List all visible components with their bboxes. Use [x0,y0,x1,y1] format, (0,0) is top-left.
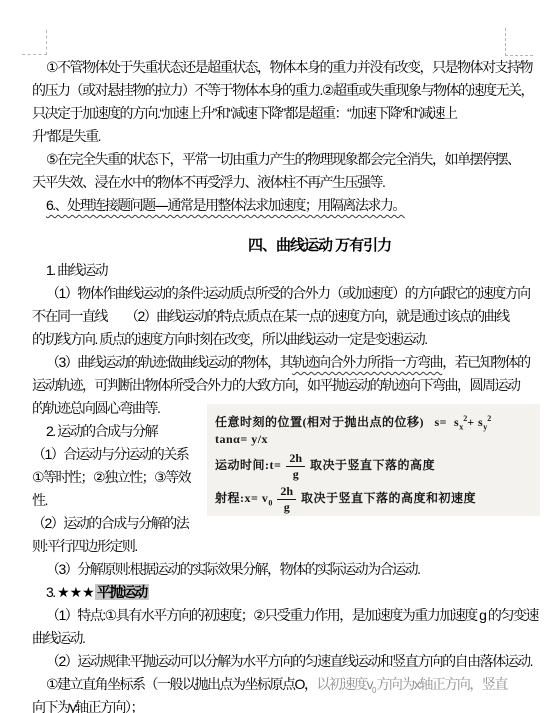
formula-eq: tanα= y/x [215,432,268,446]
doc-line: 运动轨迹，可判断出物体所受合外力的大致方向，如平抛运动的轨迹向下弯曲，圆周运动 [32,374,537,397]
doc-line: 天平失效、浸在水中的物体不再受浮力、液体柱不再产生压强等. [32,171,537,194]
wavy-underline-text: 6.、处理连接题问题----通常是用整体法求加速度；用隔离法求力。 [46,197,405,213]
section-heading: 四、曲线运动 万有引力 [32,233,537,259]
formula-row-tan: tanα= y/x [215,429,540,449]
paragraph-spacer [32,217,537,233]
list-number: 3. [46,584,57,600]
formula-image: 任意时刻的位置(相对于抛出点的位移) s= sx2+ sy2 tanα= y/x… [207,404,540,516]
formula-row-position: 任意时刻的位置(相对于抛出点的位移) s= sx2+ sy2 [215,409,540,429]
doc-line: 不在同一直线 （2）曲线运动的特点:质点在某一点的速度方向，就是通过该点的曲线 [32,305,537,328]
formula-note: 取决于竖直下落的高度 [310,458,435,472]
document-body: ①不管物体处于失重状态还是超重状态，物体本身的重力并没有改变，只是物体对支持物 … [32,56,537,713]
doc-line: 的切线方向. 质点的速度方向时刻在改变，所以曲线运动一定是变速运动. [32,328,537,351]
doc-line: 则:平行四边形定则. [32,535,537,558]
doc-line: 向下为y轴正方向）； [32,696,537,713]
line-segment: ①建立直角坐标系（一般以抛出点为坐标原点O， [46,676,316,692]
faded-segment: 以初速度v0方向为x轴正方向，竖直 [316,676,506,692]
formula-row-range: 射程:x= v02hg取决于竖直下落的高度和初速度 [215,482,540,515]
star-icons: ★★★ [57,584,95,600]
doc-line-underlined: 6.、处理连接题问题----通常是用整体法求加速度；用隔离法求力。 [32,194,537,217]
doc-line: （1）物体作曲线运动的条件:运动质点所受的合外力（或加速度）的方向跟它的速度方向 [32,282,537,305]
doc-line: 升”都是失重. [32,125,537,148]
doc-line: 的压力（或对悬挂物的拉力）不等于物体本身的重力.②超重或失重现象与物体的速度无关… [32,79,537,102]
fraction: 2hg [277,485,296,513]
doc-line: ⑤在完全失重的状态下，平常一切由重力产生的物理现象都会完全消失，如单摆停摆、 [32,148,537,171]
doc-line: 曲线运动. [32,627,537,650]
doc-line: （3）分解原则:根据运动的实际效果分解，物体的实际运动为合运动. [32,558,537,581]
fraction: 2hg [286,452,305,480]
doc-line: 只决定于加速度的方向.“加速上升”和“减速下降”都是超重：“加速下降”和“减速上 [32,102,537,125]
doc-line: ①不管物体处于失重状态还是超重状态，物体本身的重力并没有改变，只是物体对支持物 [32,56,537,79]
formula-label: 运动时间:t= [215,458,281,472]
page-margin-mark-top-left [22,30,47,55]
line-segment: ，若已知物体的 [442,354,530,370]
formula-row-time: 运动时间:t=2hg取决于竖直下落的高度 [215,449,540,482]
doc-line-projectile-title: 3. ★★★平抛运动 [32,581,537,604]
formula-eq: s= sx2+ sy2 [428,415,492,429]
doc-line: （2）运动规律:平抛运动可以分解为水平方向的匀速直线运动和竖直方向的自由落体运动… [32,650,537,673]
line-segment: （3）曲线运动的轨迹:做曲线运动的物体，其 [46,354,292,370]
highlighted-title: 平抛运动 [95,584,149,600]
wavy-underline-text: 轨迹向合外力所指一方弯曲 [292,354,442,370]
doc-line: （1）特点:①具有水平方向的初速度；②只受重力作用，是加速度为重力加速度 g 的… [32,604,537,627]
doc-line: ①建立直角坐标系（一般以抛出点为坐标原点O，以初速度v0方向为x轴正方向，竖直 [32,673,537,696]
formula-label: 射程:x= v0 [215,491,272,505]
formula-note: 取决于竖直下落的高度和初速度 [301,491,476,505]
page-margin-mark-top-right [505,28,533,56]
doc-line: 1. 曲线运动 [32,259,537,282]
doc-line: （3）曲线运动的轨迹:做曲线运动的物体，其轨迹向合外力所指一方弯曲，若已知物体的 [32,351,537,374]
formula-label: 任意时刻的位置(相对于抛出点的位移) [215,415,424,429]
